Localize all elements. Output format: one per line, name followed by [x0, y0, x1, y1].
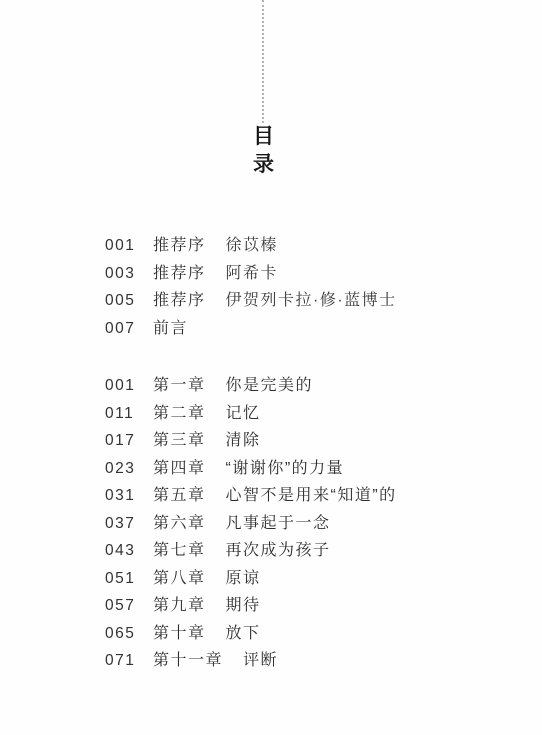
toc-entry[interactable]: 005 推荐序 伊贺列卡拉·修·蓝博士	[105, 287, 525, 315]
toc-entry-label: 第四章	[153, 455, 206, 483]
toc-entry-label: 第十一章	[153, 647, 223, 675]
toc-entry-title: 期待	[226, 592, 261, 620]
toc-entry[interactable]: 011 第二章 记忆	[105, 400, 525, 428]
toc-page-number: 057	[105, 592, 141, 620]
toc-entry-label: 推荐序	[153, 260, 206, 288]
toc-entry[interactable]: 065 第十章 放下	[105, 620, 525, 648]
toc-entry-title: 原谅	[226, 565, 261, 593]
toc-entry[interactable]: 051 第八章 原谅	[105, 565, 525, 593]
page-title: 目 录	[0, 123, 527, 179]
toc-entry-title: 清除	[226, 427, 261, 455]
toc-page-number: 017	[105, 427, 141, 455]
toc-page: 目 录 001 推荐序 徐苡榛 003 推荐序 阿希卡 005 推荐序 伊贺列卡…	[0, 0, 542, 735]
toc-front-matter-group: 001 推荐序 徐苡榛 003 推荐序 阿希卡 005 推荐序 伊贺列卡拉·修·…	[105, 232, 525, 342]
toc-page-number: 007	[105, 315, 141, 343]
toc-entry-label: 第七章	[153, 537, 206, 565]
toc-entry[interactable]: 023 第四章 “谢谢你”的力量	[105, 455, 525, 483]
toc-entry[interactable]: 043 第七章 再次成为孩子	[105, 537, 525, 565]
page-title-char-1: 目	[0, 123, 527, 151]
toc-page-number: 037	[105, 510, 141, 538]
toc-entry[interactable]: 071 第十一章 评断	[105, 647, 525, 675]
toc-entry-title: 凡事起于一念	[226, 510, 331, 538]
toc-entry-label: 第八章	[153, 565, 206, 593]
toc-page-number: 005	[105, 287, 141, 315]
toc-page-number: 043	[105, 537, 141, 565]
toc-page-number: 023	[105, 455, 141, 483]
toc-page-number: 031	[105, 482, 141, 510]
toc-entry[interactable]: 057 第九章 期待	[105, 592, 525, 620]
toc-entry-label: 第九章	[153, 592, 206, 620]
toc-chapters-group: 001 第一章 你是完美的 011 第二章 记忆 017 第三章 清除 023 …	[105, 372, 525, 675]
toc-entry-label: 第二章	[153, 400, 206, 428]
toc-entry-label: 第十章	[153, 620, 206, 648]
toc-entry-label: 第一章	[153, 372, 206, 400]
toc-entry-title: 徐苡榛	[226, 232, 279, 260]
toc-entry-label: 推荐序	[153, 232, 206, 260]
toc-entry-title: “谢谢你”的力量	[226, 455, 345, 483]
toc-entry[interactable]: 001 推荐序 徐苡榛	[105, 232, 525, 260]
page-title-char-2: 录	[0, 151, 527, 179]
toc-entry-label: 推荐序	[153, 287, 206, 315]
toc-page-number: 001	[105, 232, 141, 260]
toc-entry[interactable]: 037 第六章 凡事起于一念	[105, 510, 525, 538]
toc-entry[interactable]: 031 第五章 心智不是用来“知道”的	[105, 482, 525, 510]
toc-page-number: 051	[105, 565, 141, 593]
toc-entry-title: 你是完美的	[226, 372, 314, 400]
toc-entry[interactable]: 003 推荐序 阿希卡	[105, 260, 525, 288]
toc-entry-title: 再次成为孩子	[226, 537, 331, 565]
toc-entry-title: 心智不是用来“知道”的	[226, 482, 397, 510]
toc-entry-label: 第六章	[153, 510, 206, 538]
toc-entry-label: 第五章	[153, 482, 206, 510]
dotted-divider-line	[262, 0, 264, 123]
toc-entry-title: 记忆	[226, 400, 261, 428]
toc-entry-title: 评断	[243, 647, 278, 675]
toc-page-number: 011	[105, 400, 141, 428]
toc-page-number: 003	[105, 260, 141, 288]
toc-page-number: 001	[105, 372, 141, 400]
table-of-contents: 001 推荐序 徐苡榛 003 推荐序 阿希卡 005 推荐序 伊贺列卡拉·修·…	[105, 232, 525, 675]
toc-entry-title: 阿希卡	[226, 260, 279, 288]
toc-entry[interactable]: 001 第一章 你是完美的	[105, 372, 525, 400]
toc-entry-label: 前言	[153, 315, 188, 343]
toc-entry-title: 放下	[226, 620, 261, 648]
toc-page-number: 071	[105, 647, 141, 675]
toc-entry-title: 伊贺列卡拉·修·蓝博士	[226, 287, 397, 315]
toc-entry[interactable]: 017 第三章 清除	[105, 427, 525, 455]
toc-page-number: 065	[105, 620, 141, 648]
toc-entry-label: 第三章	[153, 427, 206, 455]
toc-entry[interactable]: 007 前言	[105, 315, 525, 343]
